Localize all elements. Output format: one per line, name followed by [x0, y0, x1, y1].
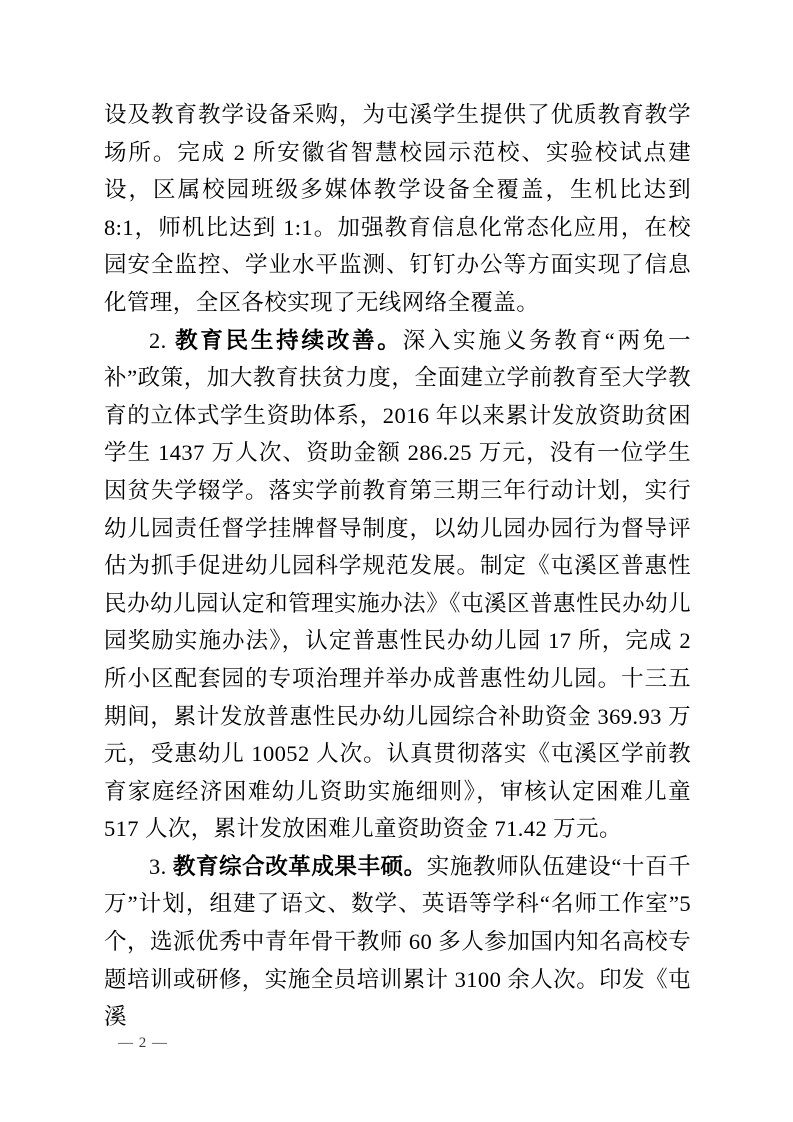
paragraph-lead-heading: 教育民生持续改善。 — [175, 328, 402, 353]
paragraph-number: 3. — [149, 854, 173, 879]
document-body: 设及教育教学设备采购，为屯溪学生提供了优质教育教学场所。完成 2 所安徽省智慧校… — [104, 96, 691, 1036]
paragraph-text: 设及教育教学设备采购，为屯溪学生提供了优质教育教学场所。完成 2 所安徽省智慧校… — [104, 102, 691, 315]
paragraph-3: 3. 教育综合改革成果丰硕。实施教师队伍建设“十百千万”计划，组建了语文、数学、… — [104, 848, 691, 1036]
paragraph-text: 深入实施义务教育“两免一补”政策，加大教育扶贫力度，全面建立学前教育至大学教育的… — [104, 328, 691, 842]
document-page: 设及教育教学设备采购，为屯溪学生提供了优质教育教学场所。完成 2 所安徽省智慧校… — [0, 0, 793, 1122]
paragraph-2: 2. 教育民生持续改善。深入实施义务教育“两免一补”政策，加大教育扶贫力度，全面… — [104, 322, 691, 848]
page-number: — 2 — — [118, 1035, 168, 1052]
paragraph-continuation: 设及教育教学设备采购，为屯溪学生提供了优质教育教学场所。完成 2 所安徽省智慧校… — [104, 96, 691, 322]
paragraph-text: 实施教师队伍建设“十百千万”计划，组建了语文、数学、英语等学科“名师工作室”5 … — [104, 854, 691, 1029]
paragraph-lead-heading: 教育综合改革成果丰硕。 — [173, 854, 427, 879]
paragraph-number: 2. — [149, 328, 175, 353]
